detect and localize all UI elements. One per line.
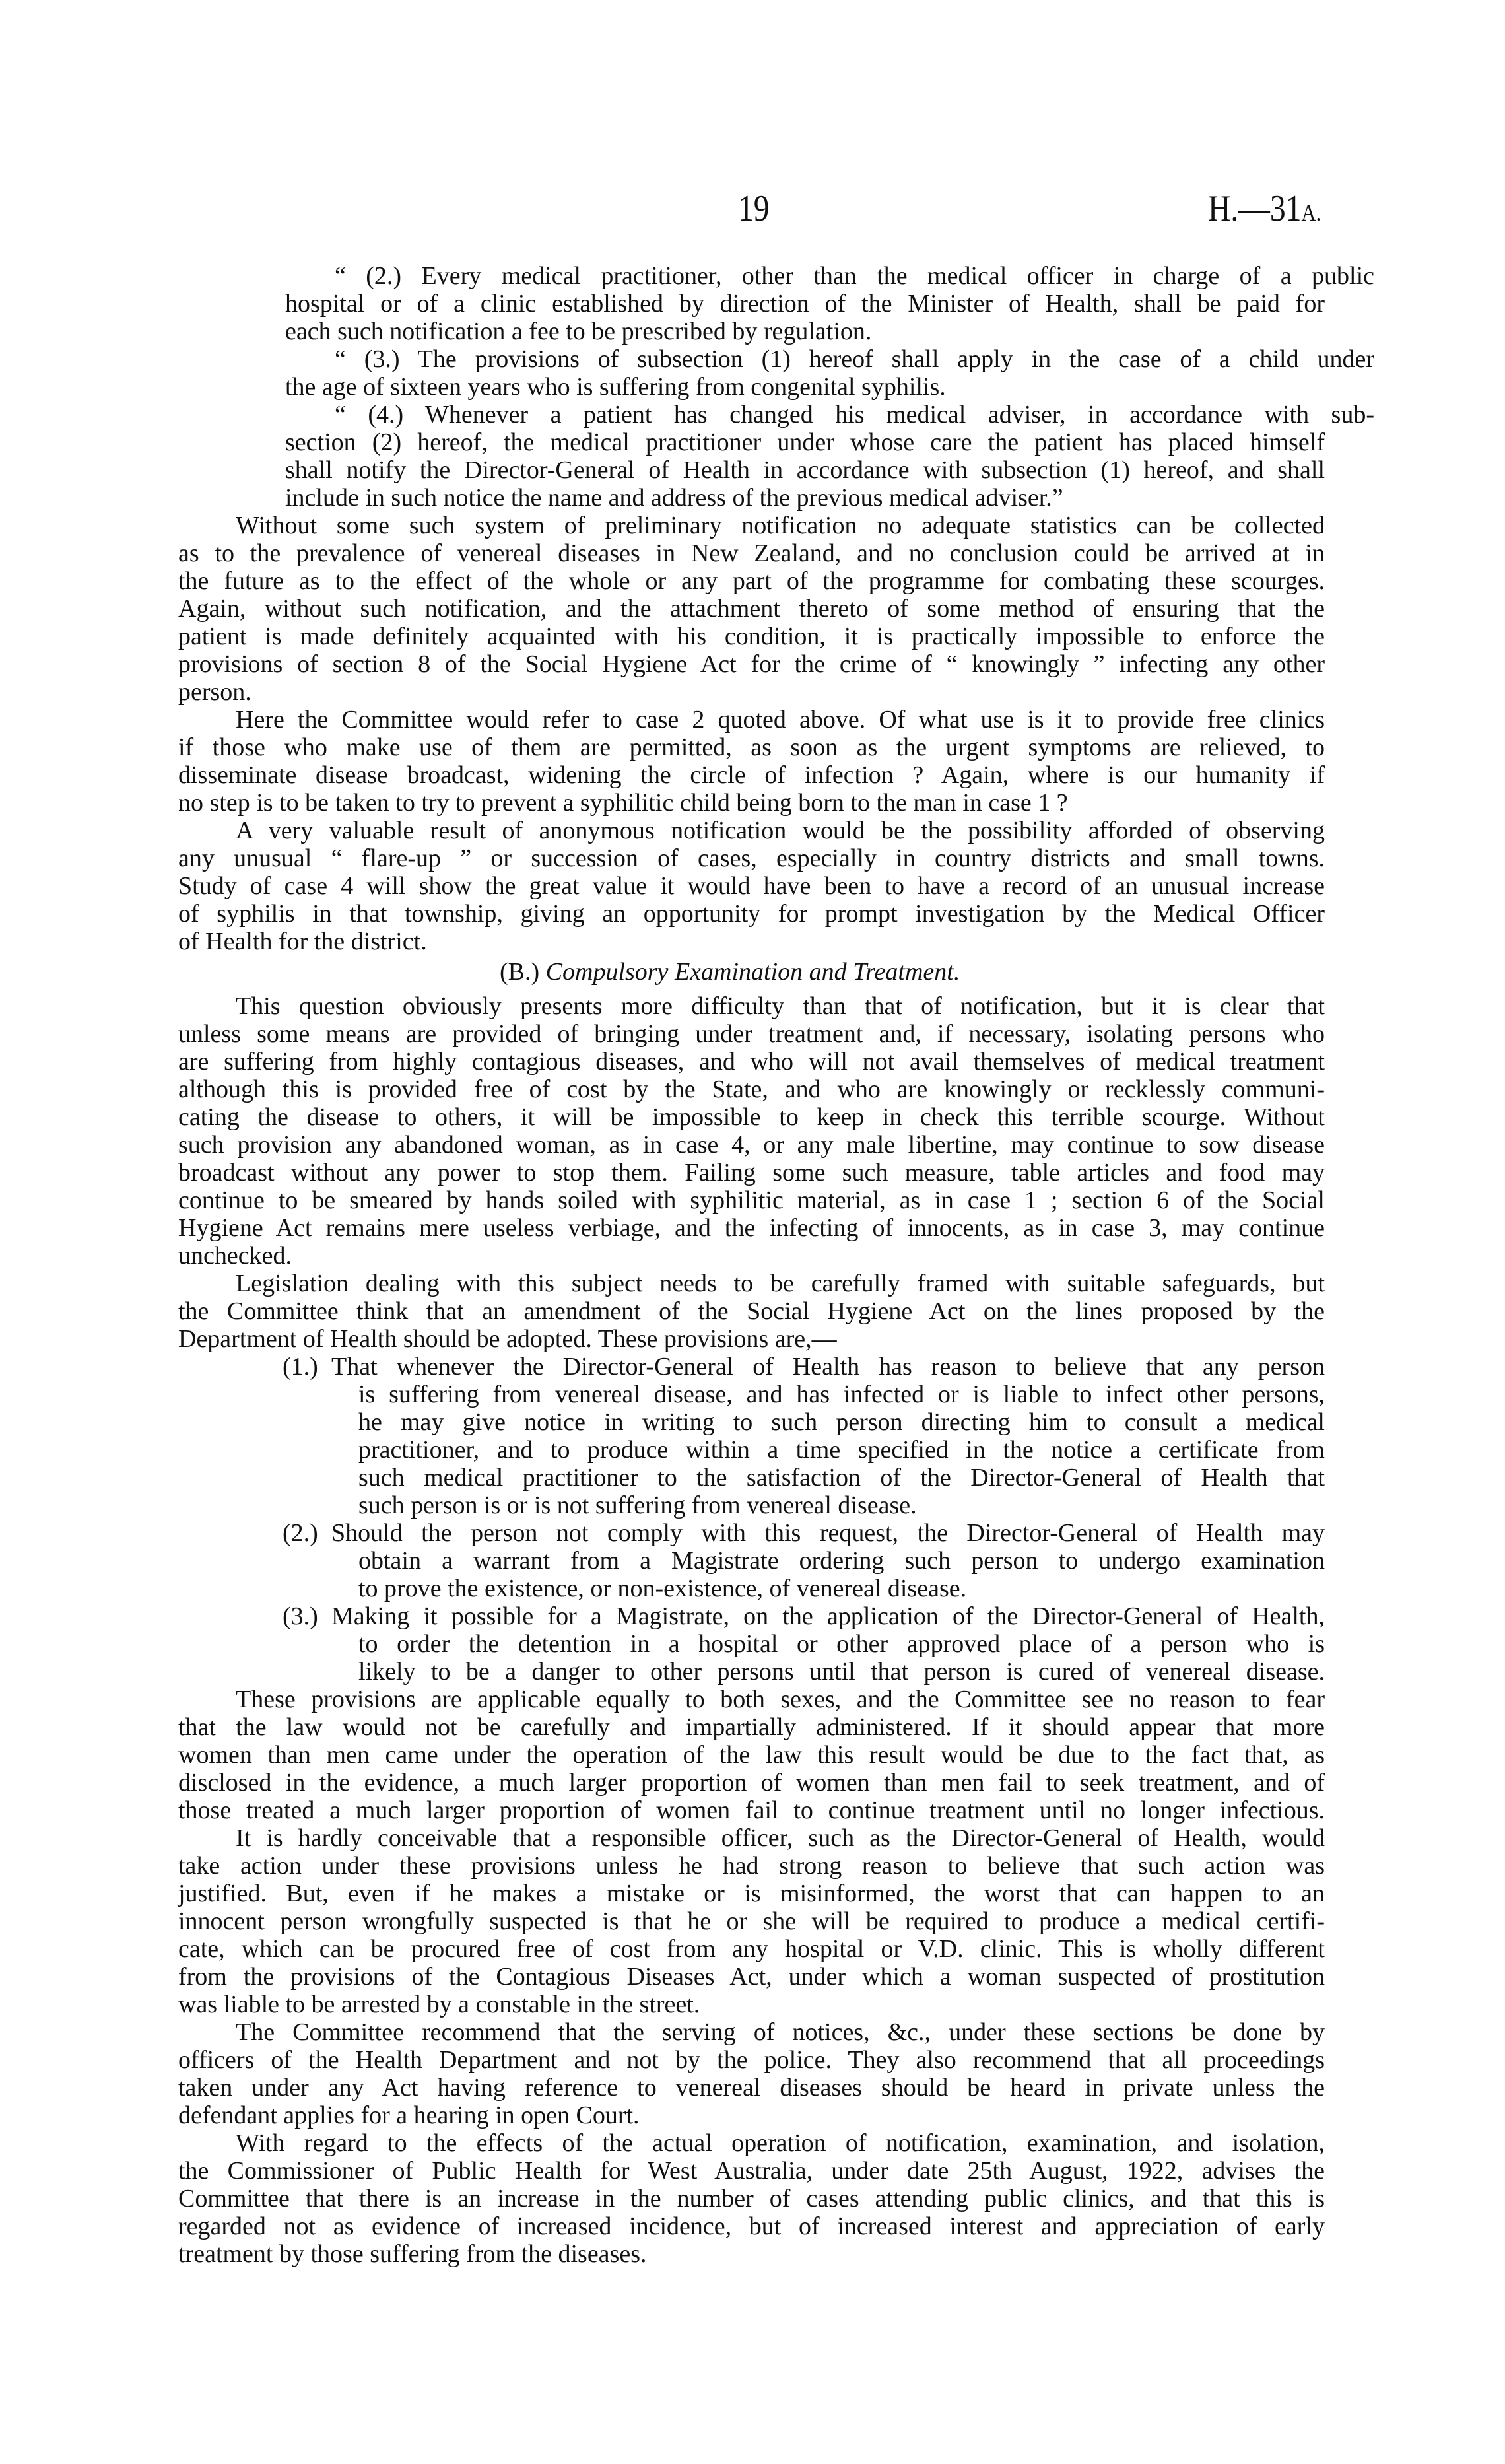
paragraph-compulsory-examination: This question obviously presents more di…	[178, 992, 1325, 1270]
text-line: that the law would not be carefully and …	[178, 1713, 1325, 1741]
text-line: taken under any Act having reference to …	[178, 2074, 1325, 2102]
provision-item-3: (3.) Making it possible for a Magistrate…	[178, 1602, 1325, 1686]
provision-label: (1.)	[283, 1353, 318, 1381]
text-line: person.	[178, 678, 1325, 706]
text-line: continue to be smeared by hands soiled w…	[178, 1186, 1325, 1214]
document-reference: H.—31A.	[1208, 189, 1321, 232]
paragraph-both-sexes: These provisions are applicable equally …	[178, 1686, 1325, 1824]
text-line: unchecked.	[178, 1242, 1325, 1270]
text-line: Study of case 4 will show the great valu…	[178, 872, 1325, 900]
text-line: Department of Health should be adopted. …	[178, 1325, 1325, 1353]
paragraph-case-2: Here the Committee would refer to case 2…	[178, 706, 1325, 817]
text-line: each such notification a fee to be presc…	[285, 318, 1325, 345]
body-text: “ (2.) Every medical practitioner, other…	[178, 262, 1325, 2268]
text-line: such provision any abandoned woman, as i…	[178, 1131, 1325, 1159]
text-line: no step is to be taken to try to prevent…	[178, 789, 1325, 817]
text-line: A very valuable result of anonymous noti…	[178, 817, 1325, 844]
text-line: patient is made definitely acquainted wi…	[178, 623, 1325, 650]
text-line: Committee that there is an increase in t…	[178, 2185, 1325, 2212]
text-line: These provisions are applicable equally …	[178, 1686, 1325, 1713]
text-line: With regard to the effects of the actual…	[178, 2129, 1325, 2157]
text-line: disseminate disease broadcast, widening …	[178, 761, 1325, 789]
provision-label: (2.)	[283, 1519, 318, 1547]
text-line: treatment by those suffering from the di…	[178, 2240, 1325, 2268]
text-line: are suffering from highly contagious dis…	[178, 1048, 1325, 1076]
text-line: of syphilis in that township, giving an …	[178, 900, 1325, 928]
text-line: take action under these provisions unles…	[178, 1852, 1325, 1880]
paragraph-west-australia: With regard to the effects of the actual…	[178, 2129, 1325, 2268]
document-reference-main: H.—31	[1208, 188, 1301, 229]
text-line: hospital or of a clinic established by d…	[285, 290, 1325, 318]
text-line: The Committee recommend that the serving…	[178, 2018, 1325, 2046]
text-line: “ (4.) Whenever a patient has changed hi…	[285, 401, 1374, 428]
text-line: This question obviously presents more di…	[178, 992, 1325, 1020]
text-line: justified. But, even if he makes a mista…	[178, 1880, 1325, 1907]
text-line: “ (2.) Every medical practitioner, other…	[285, 262, 1374, 290]
text-line: such medical practitioner to the satisfa…	[358, 1464, 1325, 1491]
section-title: Compulsory Examination and Treatment.	[546, 958, 960, 986]
text-line: Hygiene Act remains mere useless verbiag…	[178, 1214, 1325, 1242]
text-line: section (2) hereof, the medical practiti…	[285, 428, 1325, 456]
section-heading: (B.) Compulsory Examination and Treatmen…	[178, 955, 1325, 992]
text-line: those treated a much larger proportion o…	[178, 1797, 1325, 1824]
provision-item-1: (1.) That whenever the Director-General …	[178, 1353, 1325, 1519]
text-line: defendant applies for a hearing in open …	[178, 2102, 1325, 2129]
text-line: from the provisions of the Contagious Di…	[178, 1963, 1325, 1991]
text-line: practitioner, and to produce within a ti…	[358, 1436, 1325, 1464]
text-line: Without some such system of preliminary …	[178, 512, 1325, 539]
text-line: as to the prevalence of venereal disease…	[178, 539, 1325, 567]
text-line: women than men came under the operation …	[178, 1741, 1325, 1769]
text-line: regarded not as evidence of increased in…	[178, 2212, 1325, 2240]
text-line: It is hardly conceivable that a responsi…	[178, 1824, 1325, 1852]
text-line: Should the person not comply with this r…	[331, 1519, 1325, 1547]
text-line: Legislation dealing with this subject ne…	[178, 1270, 1325, 1297]
paragraph-serving-notices: The Committee recommend that the serving…	[178, 2018, 1325, 2129]
provision-label: (3.)	[283, 1602, 318, 1630]
paragraph-statistics: Without some such system of preliminary …	[178, 512, 1325, 706]
text-line: the future as to the effect of the whole…	[178, 567, 1325, 595]
text-line: cate, which can be procured free of cost…	[178, 1935, 1325, 1963]
text-line: to prove the existence, or non-existence…	[358, 1575, 1325, 1602]
text-line: include in such notice the name and addr…	[285, 484, 1325, 512]
paragraph-responsible-officer: It is hardly conceivable that a responsi…	[178, 1824, 1325, 2018]
text-line: obtain a warrant from a Magistrate order…	[358, 1547, 1325, 1575]
text-line: innocent person wrongfully suspected is …	[178, 1907, 1325, 1935]
text-line: to order the detention in a hospital or …	[358, 1630, 1325, 1658]
quoted-clause-3: “ (3.) The provisions of subsection (1) …	[178, 345, 1325, 401]
text-line: Making it possible for a Magistrate, on …	[331, 1602, 1325, 1630]
text-line: the age of sixteen years who is sufferin…	[285, 373, 1325, 401]
text-line: cating the disease to others, it will be…	[178, 1103, 1325, 1131]
document-page: 19 H.—31A. “ (2.) Every medical practiti…	[0, 0, 1505, 2464]
text-line: Again, without such notification, and th…	[178, 595, 1325, 623]
text-line: if those who make use of them are permit…	[178, 734, 1325, 761]
text-line: “ (3.) The provisions of subsection (1) …	[285, 345, 1374, 373]
paragraph-anonymous-notification: A very valuable result of anonymous noti…	[178, 817, 1325, 955]
text-line: any unusual “ flare-up ” or succession o…	[178, 844, 1325, 872]
text-line: the Committee think that an amendment of…	[178, 1297, 1325, 1325]
text-line: officers of the Health Department and no…	[178, 2046, 1325, 2074]
quoted-clause-4: “ (4.) Whenever a patient has changed hi…	[178, 401, 1325, 512]
text-line: of Health for the district.	[178, 928, 1325, 955]
text-line: likely to be a danger to other persons u…	[358, 1658, 1325, 1686]
text-line: That whenever the Director-General of He…	[331, 1353, 1325, 1381]
text-line: Here the Committee would refer to case 2…	[178, 706, 1325, 734]
text-line: although this is provided free of cost b…	[178, 1076, 1325, 1103]
text-line: disclosed in the evidence, a much larger…	[178, 1769, 1325, 1797]
section-label: (B.)	[500, 958, 539, 986]
paragraph-legislation: Legislation dealing with this subject ne…	[178, 1270, 1325, 1353]
text-line: broadcast without any power to stop them…	[178, 1159, 1325, 1186]
provision-item-2: (2.) Should the person not comply with t…	[178, 1519, 1325, 1602]
quoted-clause-2: “ (2.) Every medical practitioner, other…	[178, 262, 1325, 345]
document-reference-suffix: A.	[1301, 199, 1321, 226]
text-line: he may give notice in writing to such pe…	[358, 1408, 1325, 1436]
text-line: unless some means are provided of bringi…	[178, 1020, 1325, 1048]
page-number: 19	[738, 189, 770, 228]
text-line: provisions of section 8 of the Social Hy…	[178, 650, 1325, 678]
text-line: the Commissioner of Public Health for We…	[178, 2157, 1325, 2185]
text-line: such person is or is not suffering from …	[358, 1491, 1325, 1519]
text-line: was liable to be arrested by a constable…	[178, 1991, 1325, 2018]
text-line: is suffering from venereal disease, and …	[358, 1381, 1325, 1408]
text-line: shall notify the Director-General of Hea…	[285, 456, 1325, 484]
